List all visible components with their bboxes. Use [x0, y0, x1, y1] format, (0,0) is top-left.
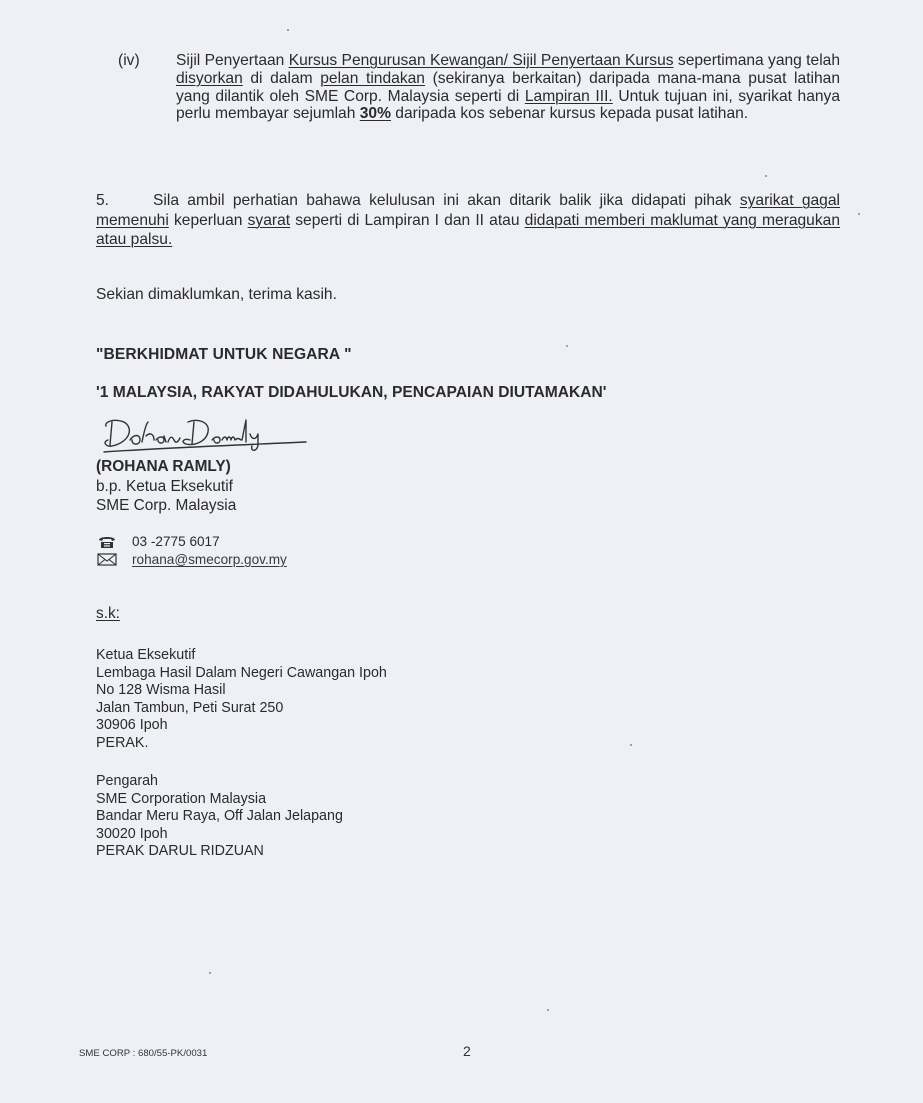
signature-icon — [100, 412, 310, 462]
contact-info: 03 -2775 6017 rohana@smecorp.gov.my — [96, 533, 287, 568]
cc-recipient-2: Pengarah SME Corporation Malaysia Bandar… — [96, 773, 343, 861]
letter-page: (iv) Sijil Penyertaan Kursus Pengurusan … — [0, 0, 923, 1103]
page-number: 2 — [463, 1043, 471, 1059]
cc-label: s.k: — [96, 605, 120, 623]
address-line: Jalan Tambun, Peti Surat 250 — [96, 700, 387, 718]
signatory-organization: SME Corp. Malaysia — [96, 496, 236, 516]
phone-number: 03 -2775 6017 — [132, 533, 220, 551]
address-line: Lembaga Hasil Dalam Negeri Cawangan Ipoh — [96, 665, 387, 683]
text-run: di dalam — [243, 70, 320, 87]
paragraph-number: 5. — [96, 191, 153, 211]
emphasized-text: disyorkan — [176, 70, 243, 87]
scan-speck — [287, 29, 289, 31]
address-line: No 128 Wisma Hasil — [96, 682, 387, 700]
paragraph-5: 5.Sila ambil perhatian bahawa kelulusan … — [96, 191, 840, 250]
envelope-icon — [96, 552, 118, 566]
email-link[interactable]: rohana@smecorp.gov.my — [132, 551, 287, 569]
text-run: keperluan — [169, 212, 248, 229]
address-line: PERAK DARUL RIDZUAN — [96, 843, 343, 861]
address-line: Bandar Meru Raya, Off Jalan Jelapang — [96, 808, 343, 826]
emphasized-text: syarat — [248, 212, 290, 229]
closing-line: Sekian dimaklumkan, terima kasih. — [96, 286, 337, 304]
signatory-title: b.p. Ketua Eksekutif — [96, 477, 236, 497]
address-line: Ketua Eksekutif — [96, 647, 387, 665]
motto-berkhidmat: "BERKHIDMAT UNTUK NEGARA " — [96, 346, 352, 364]
text-run: sepertimana yang telah — [674, 52, 840, 69]
address-line: 30020 Ipoh — [96, 826, 343, 844]
signatory-block: (ROHANA RAMLY) b.p. Ketua Eksekutif SME … — [96, 457, 236, 516]
text-run: seperti di Lampiran I dan II atau — [290, 212, 525, 229]
list-item-text: Sijil Penyertaan Kursus Pengurusan Kewan… — [176, 52, 840, 123]
scan-speck — [765, 175, 767, 177]
text-run: Sijil Penyertaan — [176, 52, 289, 69]
address-line: Pengarah — [96, 773, 343, 791]
emphasized-text: Kursus Pengurusan Kewangan/ Sijil Penyer… — [289, 52, 674, 69]
address-line: PERAK. — [96, 735, 387, 753]
scan-speck — [209, 972, 211, 974]
list-item-number: (iv) — [118, 52, 140, 70]
address-line: 30906 Ipoh — [96, 717, 387, 735]
scan-speck — [630, 744, 632, 746]
address-line: SME Corporation Malaysia — [96, 791, 343, 809]
scan-speck — [566, 345, 568, 347]
document-reference: SME CORP : 680/55-PK/0031 — [79, 1048, 207, 1059]
email-row: rohana@smecorp.gov.my — [96, 551, 287, 569]
emphasized-text: Lampiran III. — [525, 88, 613, 105]
telephone-icon — [96, 535, 118, 549]
paragraph-text: Sila ambil perhatian bahawa kelulusan in… — [96, 192, 840, 248]
cc-recipient-1: Ketua Eksekutif Lembaga Hasil Dalam Nege… — [96, 647, 387, 753]
scan-speck — [858, 213, 860, 215]
text-run: daripada kos sebenar kursus kepada pusat… — [391, 105, 748, 122]
scan-speck — [547, 1009, 549, 1011]
emphasized-text: 30% — [360, 105, 391, 122]
phone-row: 03 -2775 6017 — [96, 533, 287, 551]
emphasized-text: pelan tindakan — [320, 70, 425, 87]
signatory-name: (ROHANA RAMLY) — [96, 457, 236, 477]
text-run: Sila ambil perhatian bahawa kelulusan in… — [153, 192, 740, 209]
motto-1malaysia: '1 MALAYSIA, RAKYAT DIDAHULUKAN, PENCAPA… — [96, 384, 606, 402]
